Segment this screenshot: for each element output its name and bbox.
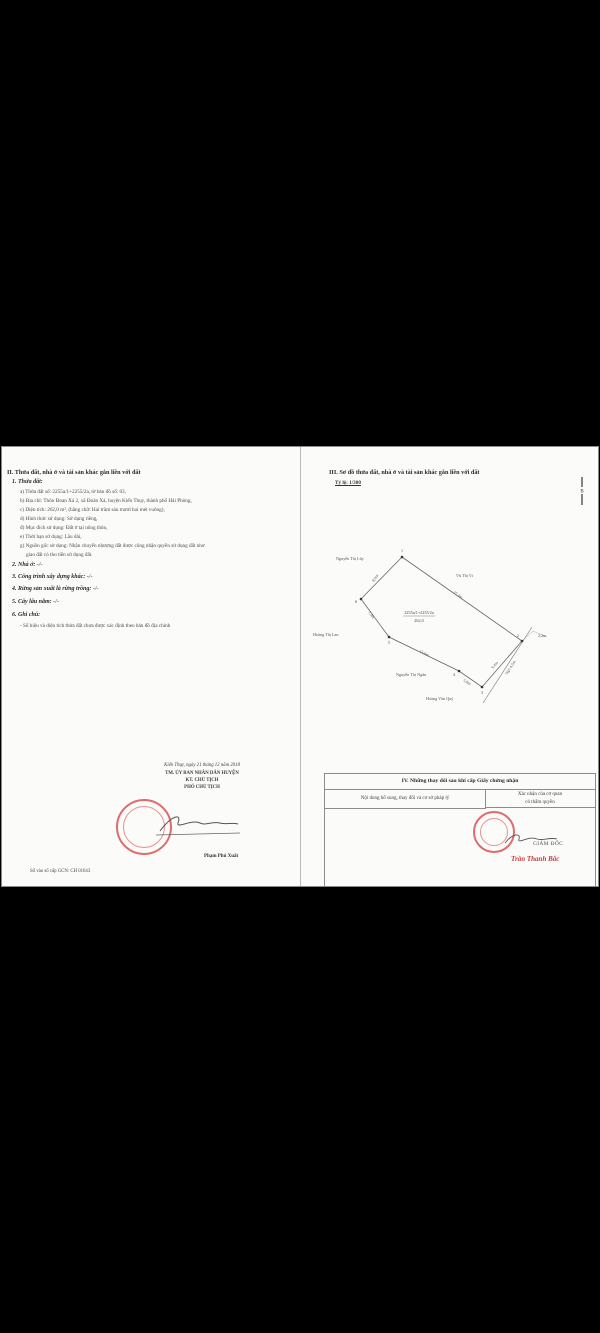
svg-text:1: 1 [401,548,403,553]
changes-table-col-content: Nội dung bổ sung, thay đổi và cơ sở pháp… [325,789,486,809]
land-line: e) Thời hạn sử dụng: Lâu dài, [20,534,82,540]
svg-text:262,0: 262,0 [414,618,423,624]
svg-text:B: B [580,490,584,495]
svg-text:Hoàng Thị Lan: Hoàng Thị Lan [313,632,339,637]
svg-text:Vũ Thị Vi: Vũ Thị Vi [456,573,474,578]
land-line: b) Địa chỉ: Thôn Đoan Xá 2, xã Đoàn Xá, … [20,498,192,504]
item-notes: 6. Ghi chú: [12,612,40,618]
svg-text:2,2m: 2,2m [538,633,547,639]
land-line: a) Thửa đất số: 2255a/1+2255/2a, tờ bản … [20,489,126,495]
signature-scribble-icon [152,809,242,839]
signer-name: Phạm Phú Xuất [204,854,238,859]
parcel-map: 1 2 3 4 5 6 27,2m 9,4m 5,8m 13,0m 7,3m 8… [301,537,598,717]
svg-text:5: 5 [388,640,390,645]
svg-text:8,0m: 8,0m [371,572,381,583]
changes-table-col-confirmation: Xác nhận của cơ quan có thẩm quyền [485,789,595,808]
svg-text:2255a/1+2255/2a: 2255a/1+2255/2a [404,610,433,615]
land-certificate-document: II. Thửa đất, nhà ở và tài sản khác gắn … [1,446,599,887]
signature-block: Kiến Thụy, ngày 21 tháng 12 năm 2018 TM.… [132,763,272,791]
note-text: - Số hiệu và diện tích thửa đất chưa đượ… [20,623,170,629]
item-perennial-trees: 5. Cây lâu năm: -/- [12,599,59,605]
certificate-number: Số vào sổ cấp GCN: CH 01643 [30,869,90,874]
svg-text:Nguyễn Thị Lũy: Nguyễn Thị Lũy [336,556,365,561]
svg-text:Hoàng Văn Quý: Hoàng Văn Quý [426,696,454,701]
director-title: GIÁM ĐỐC [533,841,563,847]
item-production-forest: 4. Rừng sản xuất là rừng trồng: -/- [12,586,99,592]
org-line: KT. CHỦ TỊCH [132,777,272,784]
land-line: đ) Mục đích sử dụng: Đất ở tại nông thôn… [20,525,107,531]
director-name: Trần Thanh Bắc [511,855,559,863]
item-house: 2. Nhà ở: -/- [12,562,43,568]
svg-text:13,0m: 13,0m [418,648,431,658]
map-scale: Tỷ lệ: 1/300 [335,480,361,486]
item-other-construction: 3. Công trình xây dựng khác: -/- [12,574,92,580]
land-line: d) Hình thức sử dụng: Sử dụng riêng, [20,516,98,522]
changes-table-title: IV. Những thay đổi sau khi cấp Giấy chứn… [325,774,595,790]
svg-text:9,4m: 9,4m [490,660,500,671]
svg-text:3: 3 [481,690,483,695]
land-line: g) Nguồn gốc sử dụng: Nhận chuyển nhượng… [20,543,205,549]
left-page: II. Thửa đất, nhà ở và tài sản khác gắn … [2,447,300,886]
svg-text:6: 6 [355,599,357,604]
org-line: TM. ỦY BAN NHÂN DÂN HUYỆN [132,770,272,777]
svg-text:7,3m: 7,3m [366,610,376,621]
section-ii-title: II. Thửa đất, nhà ở và tài sản khác gắn … [7,469,141,476]
land-line: c) Diện tích: 262,0 m², (bằng chữ: Hai t… [20,507,165,513]
right-page: III. Sơ đồ thửa đất, nhà ở và tài sản kh… [301,447,598,886]
north-arrow-icon: B [577,477,587,505]
svg-text:4: 4 [453,672,455,677]
land-heading: 1. Thửa đất: [12,479,43,485]
org-line: PHÓ CHỦ TỊCH [132,784,272,791]
svg-text:Nguyễn Thị Ngân: Nguyễn Thị Ngân [396,672,427,677]
section-iii-title: III. Sơ đồ thửa đất, nhà ở và tài sản kh… [329,469,480,476]
svg-text:2: 2 [517,633,519,638]
place-date: Kiến Thụy, ngày 21 tháng 12 năm 2018 [132,763,272,768]
land-line: giao đất có thu tiền sử dụng đất. [26,552,93,558]
